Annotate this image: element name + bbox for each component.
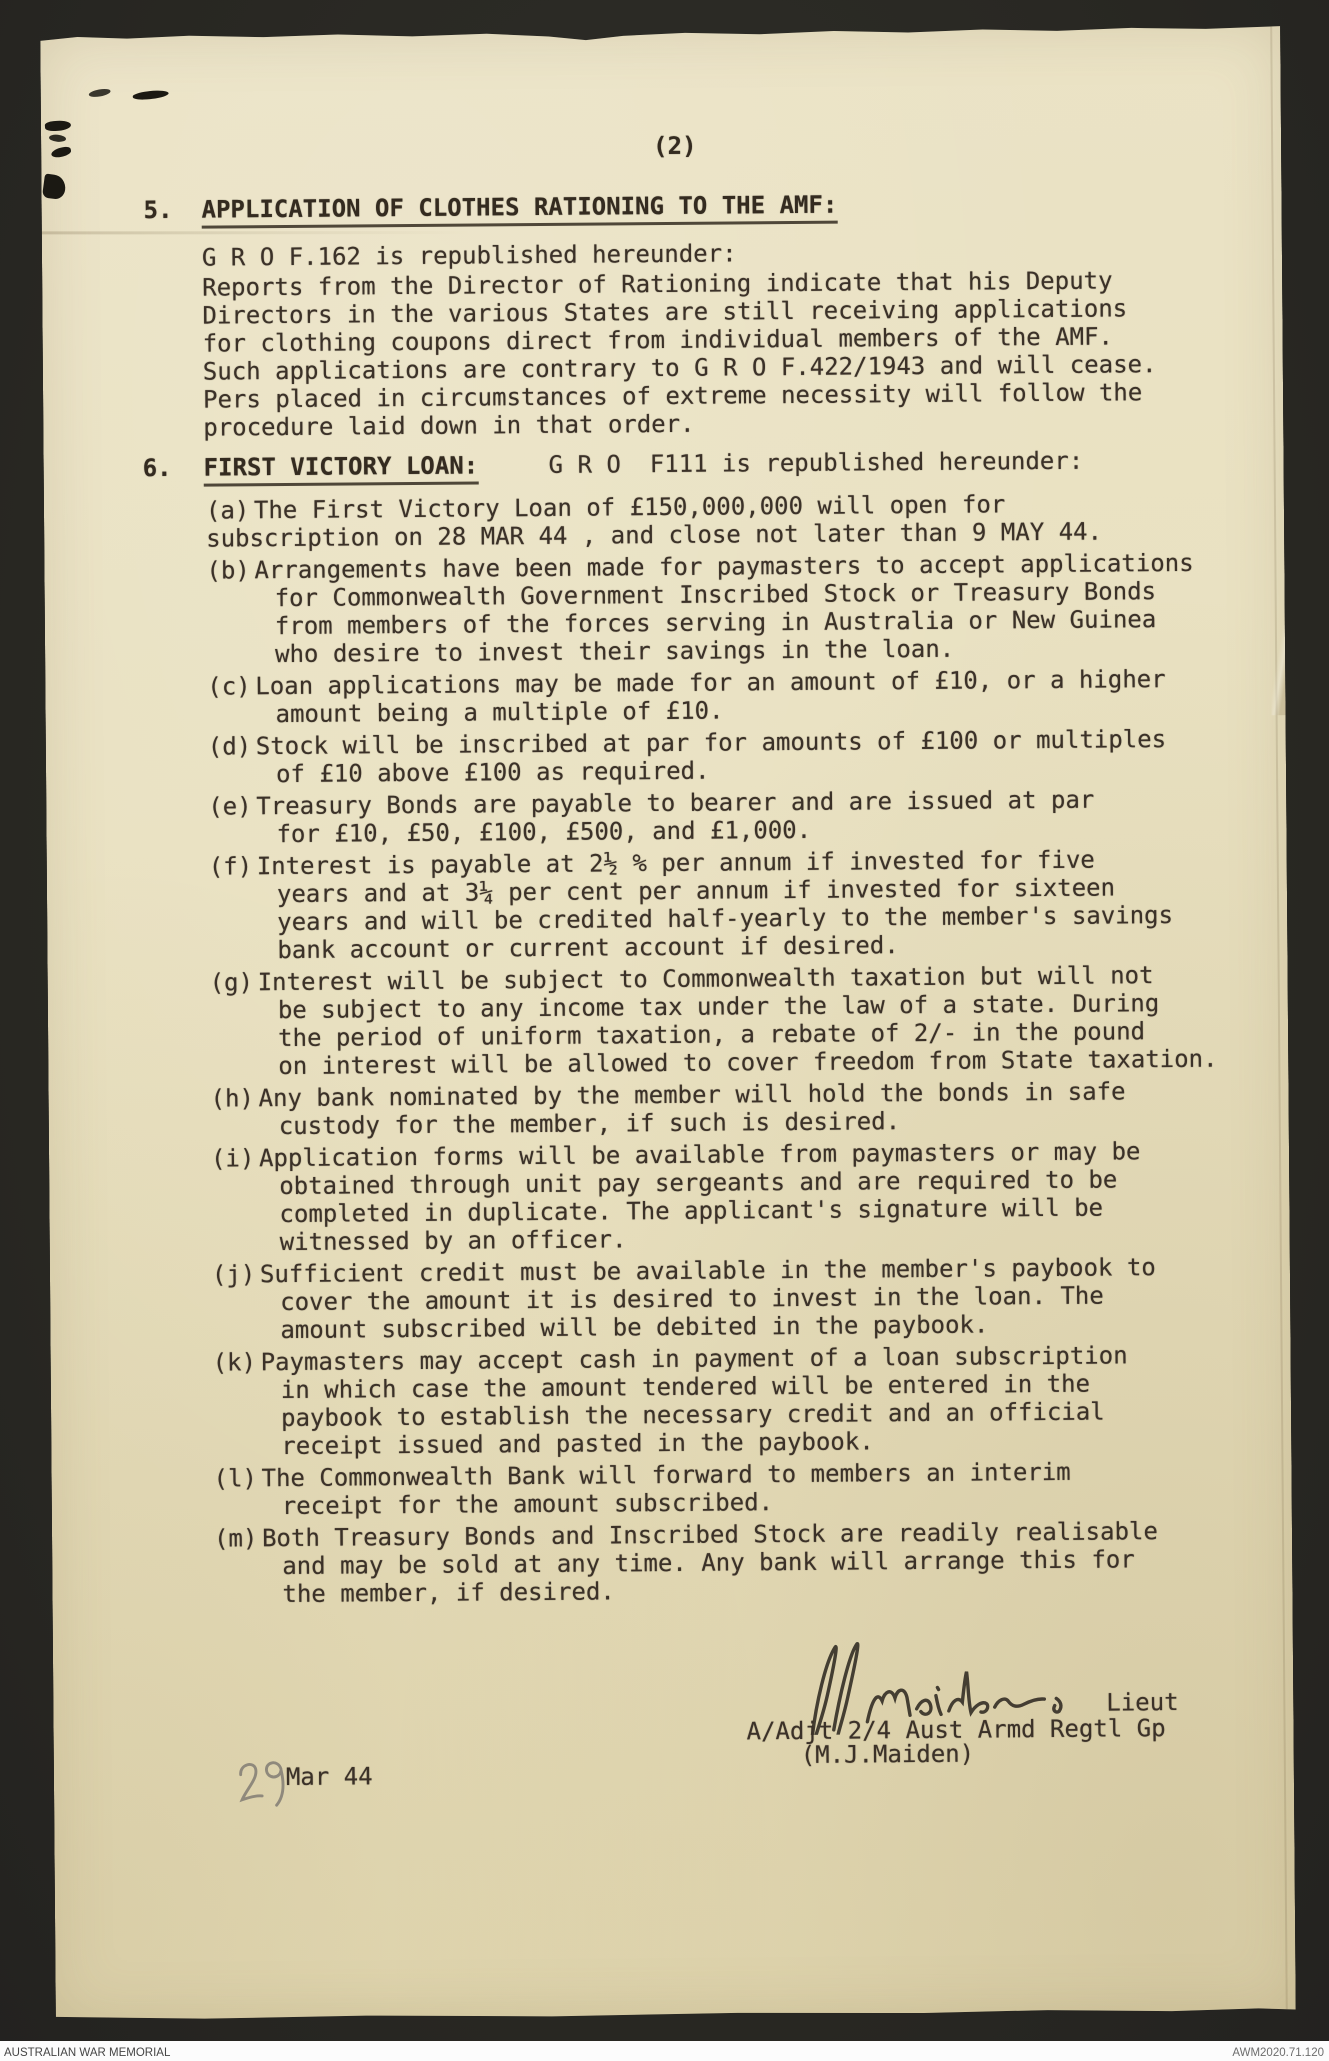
- list-item: (f)Interest is payable at 2½ % per annum…: [209, 844, 1278, 964]
- list-item: (b)Arrangements have been made for payma…: [206, 548, 1275, 668]
- item-label: (k): [213, 1348, 257, 1376]
- typed-date: Mar 44: [286, 1762, 373, 1791]
- section-number: 6.: [143, 454, 172, 482]
- list-item: (g)Interest will be subject to Commonwea…: [210, 960, 1279, 1080]
- paper-crease: [42, 231, 472, 234]
- item-label: (h): [210, 1084, 254, 1112]
- item-label: (g): [210, 968, 254, 996]
- item-label: (e): [208, 792, 252, 820]
- list-item: (d)Stock will be inscribed at par for am…: [208, 724, 1276, 788]
- item-label: (j): [212, 1260, 256, 1288]
- signature-rank: Lieut: [1106, 1688, 1178, 1717]
- archive-reference-number: AWM2020.71.120: [1232, 2047, 1324, 2059]
- section-heading: APPLICATION OF CLOTHES RATIONING TO THE …: [201, 191, 837, 229]
- item-label: (a): [206, 496, 250, 524]
- signature-typed-name: (M.J.Maiden): [801, 1740, 975, 1769]
- paper-tear-mark: [50, 146, 71, 159]
- item-label: (d): [208, 732, 252, 760]
- section-heading: FIRST VICTORY LOAN:: [204, 451, 479, 486]
- list-item: (c)Loan applications may be made for an …: [207, 664, 1275, 728]
- list-item: (l)The Commonwealth Bank will forward to…: [213, 1456, 1281, 1520]
- paper-stain: [88, 87, 111, 98]
- list-item: (e)Treasury Bonds are payable to bearer …: [208, 784, 1276, 848]
- item-label: (b): [206, 556, 250, 584]
- list-item: (a)The First Victory Loan of £150,000,00…: [206, 488, 1274, 552]
- item-label: (m): [214, 1524, 258, 1552]
- list-item: (j)Sufficient credit must be available i…: [212, 1252, 1281, 1344]
- list-item: (k)Paymasters may accept cash in payment…: [213, 1340, 1282, 1460]
- paper-tear-mark: [49, 134, 67, 143]
- list-item: (h)Any bank nominated by the member will…: [210, 1076, 1278, 1140]
- paper-stain: [132, 89, 169, 101]
- item-label: (c): [207, 672, 251, 700]
- section-5-paragraph: Reports from the Director of Rationing i…: [202, 266, 1157, 441]
- section-6-heading-row: 6. FIRST VICTORY LOAN: G R O F111 is rep…: [44, 445, 1284, 489]
- section-5-intro: G R O F.162 is republished hereunder:: [202, 239, 737, 271]
- handwritten-date-day: [234, 1755, 292, 1813]
- page-number: (2): [653, 132, 697, 160]
- section-number: 5.: [143, 196, 172, 224]
- paper-tear-mark: [45, 120, 72, 132]
- archive-name: AUSTRALIAN WAR MEMORIAL: [4, 2047, 170, 2059]
- item-label: (l): [213, 1464, 257, 1492]
- section-6-items: (a)The First Victory Loan of £150,000,00…: [206, 488, 1283, 1612]
- list-item: (i)Application forms will be available f…: [211, 1136, 1280, 1256]
- item-label: (i): [211, 1144, 255, 1172]
- section-heading-suffix: G R O F111 is republished hereunder:: [549, 447, 1084, 479]
- list-item: (m)Both Treasury Bonds and Inscribed Sto…: [214, 1516, 1283, 1608]
- archive-caption-bar: AUSTRALIAN WAR MEMORIAL AWM2020.71.120: [0, 2041, 1329, 2061]
- document-page: (2) 5. APPLICATION OF CLOTHES RATIONING …: [40, 25, 1296, 2021]
- section-5-heading-row: 5. APPLICATION OF CLOTHES RATIONING TO T…: [41, 187, 1281, 231]
- signature-block: Lieut A/Adjt 2/4 Aust Armd Regtl Gp (M.J…: [40, 25, 1280, 35]
- item-label: (f): [209, 852, 253, 880]
